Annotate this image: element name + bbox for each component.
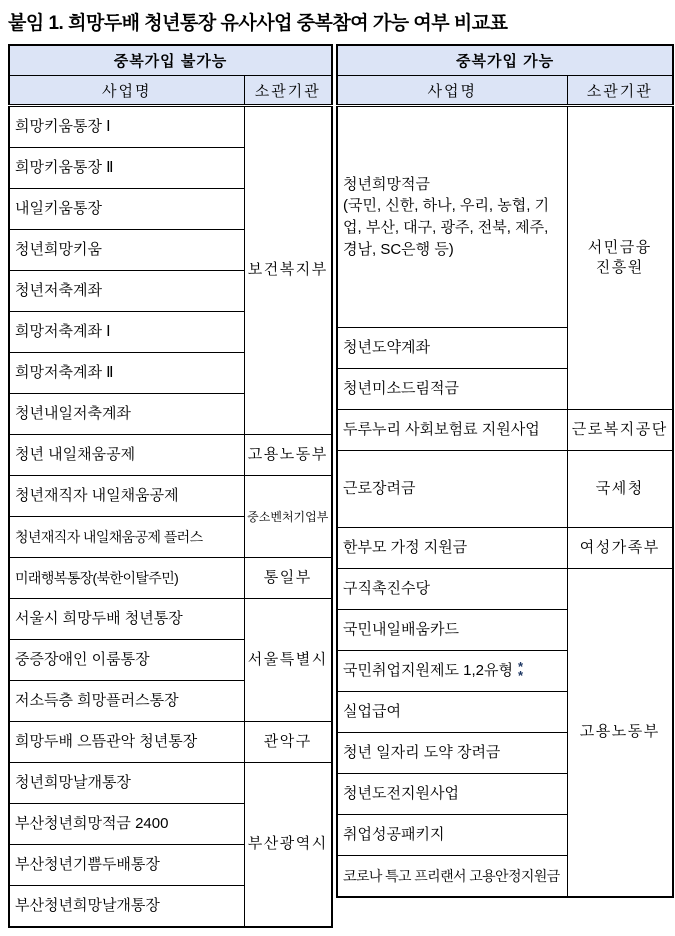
- table-row: 희망키움통장 Ⅰ보건복지부: [9, 106, 332, 148]
- program-cell: 서울시 희망두배 청년통장: [9, 599, 244, 640]
- program-name: 청년재직자 내일채움공제: [15, 487, 179, 504]
- comparison-tables: 중복가입 불가능 사업명 소관기관 희망키움통장 Ⅰ보건복지부희망키움통장 Ⅱ내…: [8, 44, 671, 928]
- program-name: 취업성공패키지: [343, 826, 444, 843]
- program-name: 국민취업지원제도 1,2유형: [343, 662, 513, 679]
- program-cell: 희망저축계좌 Ⅱ: [9, 353, 244, 394]
- agency-name: 서민금융 진흥원: [588, 238, 652, 279]
- agency-name: 서울특별시: [248, 650, 328, 670]
- agency-cell: 중소벤처기업부: [244, 476, 332, 558]
- column-header-agency: 소관기관: [567, 76, 673, 106]
- agency-cell: 고용노동부: [567, 569, 673, 898]
- program-name: 국민내일배움카드: [343, 621, 459, 638]
- program-name: 청년희망날개통장: [15, 774, 131, 791]
- program-cell: 청년재직자 내일채움공제 플러스: [9, 517, 244, 558]
- program-cell: 부산청년희망적금 2400: [9, 804, 244, 845]
- agency-cell: 서민금융 진흥원: [567, 106, 673, 410]
- program-name: 청년재직자 내일채움공제 플러스: [15, 529, 203, 545]
- program-cell: 청년미소드림적금: [337, 369, 567, 410]
- table-row: 청년희망적금 (국민, 신한, 하나, 우리, 농협, 기업, 부산, 대구, …: [337, 106, 673, 328]
- program-cell: 희망키움통장 Ⅰ: [9, 106, 244, 148]
- column-header-program-name: 사업명: [9, 76, 244, 106]
- table-row: 청년희망날개통장부산광역시: [9, 763, 332, 804]
- duplicate-allowed-table: 중복가입 가능 사업명 소관기관 청년희망적금 (국민, 신한, 하나, 우리,…: [336, 44, 674, 898]
- agency-cell: 보건복지부: [244, 106, 332, 435]
- program-name: 청년도약계좌: [343, 339, 430, 356]
- program-name: 코로나 특고 프리랜서 고용안정지원금: [343, 868, 560, 884]
- program-name: 청년희망키움: [15, 241, 102, 258]
- agency-cell: 여성가족부: [567, 528, 673, 569]
- double-asterisk-mark: **: [518, 662, 527, 680]
- program-cell: 희망키움통장 Ⅱ: [9, 148, 244, 189]
- table-row: 청년재직자 내일채움공제중소벤처기업부: [9, 476, 332, 517]
- program-cell: 국민취업지원제도 1,2유형**: [337, 651, 567, 692]
- agency-cell: 서울특별시: [244, 599, 332, 722]
- agency-name: 보건복지부: [248, 260, 328, 280]
- table-row: 청년 내일채움공제고용노동부: [9, 435, 332, 476]
- program-name: 부산청년희망날개통장: [15, 897, 160, 914]
- agency-cell: 통일부: [244, 558, 332, 599]
- program-cell: 실업급여: [337, 692, 567, 733]
- program-cell: 한부모 가정 지원금: [337, 528, 567, 569]
- agency-cell: 고용노동부: [244, 435, 332, 476]
- program-cell: 구직촉진수당: [337, 569, 567, 610]
- table-row: 한부모 가정 지원금여성가족부: [337, 528, 673, 569]
- table-header-duplicate-not-allowed: 중복가입 불가능: [9, 45, 332, 76]
- program-name: 희망저축계좌 Ⅰ: [15, 323, 111, 340]
- table-row: 미래행복통장(북한이탈주민)통일부: [9, 558, 332, 599]
- program-cell: 국민내일배움카드: [337, 610, 567, 651]
- agency-name: 근로복지공단: [572, 420, 668, 440]
- program-name: 서울시 희망두배 청년통장: [15, 610, 183, 627]
- program-name: 청년미소드림적금: [343, 380, 459, 397]
- program-cell: 미래행복통장(북한이탈주민): [9, 558, 244, 599]
- agency-name: 고용노동부: [248, 445, 328, 465]
- program-name: 희망두배 으뜸관악 청년통장: [15, 733, 197, 750]
- program-name: 청년 일자리 도약 장려금: [343, 744, 500, 761]
- table-row: 서울시 희망두배 청년통장서울특별시: [9, 599, 332, 640]
- program-name: 실업급여: [343, 703, 401, 720]
- program-name: 부산청년기쁨두배통장: [15, 856, 160, 873]
- program-cell: 청년내일저축계좌: [9, 394, 244, 435]
- program-cell: 부산청년희망날개통장: [9, 886, 244, 928]
- program-name: 청년 내일채움공제: [15, 446, 135, 463]
- program-cell: 희망저축계좌 Ⅰ: [9, 312, 244, 353]
- program-name: 두루누리 사회보험료 지원사업: [343, 421, 540, 438]
- column-header-program-name: 사업명: [337, 76, 567, 106]
- program-cell: 중증장애인 이룸통장: [9, 640, 244, 681]
- program-name: 구직촉진수당: [343, 580, 430, 597]
- program-cell: 청년 내일채움공제: [9, 435, 244, 476]
- program-name: 저소득층 희망플러스통장: [15, 692, 179, 709]
- program-cell: 청년도전지원사업: [337, 774, 567, 815]
- program-name: 청년도전지원사업: [343, 785, 459, 802]
- program-cell: 청년저축계좌: [9, 271, 244, 312]
- agency-name: 중소벤처기업부: [247, 509, 328, 525]
- program-cell: 취업성공패키지: [337, 815, 567, 856]
- agency-name: 여성가족부: [580, 538, 660, 558]
- agency-name: 관악구: [264, 732, 312, 752]
- agency-cell: 부산광역시: [244, 763, 332, 928]
- program-cell: 청년재직자 내일채움공제: [9, 476, 244, 517]
- program-cell: 청년희망적금 (국민, 신한, 하나, 우리, 농협, 기업, 부산, 대구, …: [337, 106, 567, 328]
- program-cell: 코로나 특고 프리랜서 고용안정지원금: [337, 856, 567, 898]
- agency-name: 고용노동부: [580, 722, 660, 742]
- program-name: 미래행복통장(북한이탈주민): [15, 570, 178, 586]
- program-cell: 청년희망날개통장: [9, 763, 244, 804]
- agency-name: 부산광역시: [248, 834, 328, 854]
- document: 붙임 1. 희망두배 청년통장 유사사업 중복참여 가능 여부 비교표 중복가입…: [0, 0, 675, 936]
- program-cell: 청년도약계좌: [337, 328, 567, 369]
- agency-name: 통일부: [264, 568, 312, 588]
- program-name: 희망저축계좌 Ⅱ: [15, 364, 114, 381]
- program-cell: 희망두배 으뜸관악 청년통장: [9, 722, 244, 763]
- table-row: 근로장려금국세청: [337, 451, 673, 528]
- program-cell: 청년 일자리 도약 장려금: [337, 733, 567, 774]
- program-cell: 내일키움통장: [9, 189, 244, 230]
- program-cell: 부산청년기쁨두배통장: [9, 845, 244, 886]
- table-header-duplicate-allowed: 중복가입 가능: [337, 45, 673, 76]
- program-name: 부산청년희망적금 2400: [15, 815, 168, 832]
- program-name: 내일키움통장: [15, 200, 102, 217]
- agency-cell: 관악구: [244, 722, 332, 763]
- program-cell: 근로장려금: [337, 451, 567, 528]
- table-row: 두루누리 사회보험료 지원사업근로복지공단: [337, 410, 673, 451]
- duplicate-not-allowed-table: 중복가입 불가능 사업명 소관기관 희망키움통장 Ⅰ보건복지부희망키움통장 Ⅱ내…: [8, 44, 333, 928]
- document-title: 붙임 1. 희망두배 청년통장 유사사업 중복참여 가능 여부 비교표: [8, 8, 671, 35]
- program-name: 한부모 가정 지원금: [343, 539, 467, 556]
- table-row: 구직촉진수당고용노동부: [337, 569, 673, 610]
- program-name: 청년희망적금 (국민, 신한, 하나, 우리, 농협, 기업, 부산, 대구, …: [343, 176, 549, 258]
- program-cell: 청년희망키움: [9, 230, 244, 271]
- program-name: 중증장애인 이룸통장: [15, 651, 150, 668]
- agency-cell: 국세청: [567, 451, 673, 528]
- program-name: 희망키움통장 Ⅰ: [15, 118, 111, 135]
- program-name: 청년저축계좌: [15, 282, 102, 299]
- program-name: 희망키움통장 Ⅱ: [15, 159, 114, 176]
- column-header-agency: 소관기관: [244, 76, 332, 106]
- table-row: 희망두배 으뜸관악 청년통장관악구: [9, 722, 332, 763]
- program-name: 근로장려금: [343, 480, 415, 497]
- program-cell: 두루누리 사회보험료 지원사업: [337, 410, 567, 451]
- program-name: 청년내일저축계좌: [15, 405, 131, 422]
- program-cell: 저소득층 희망플러스통장: [9, 681, 244, 722]
- agency-cell: 근로복지공단: [567, 410, 673, 451]
- agency-name: 국세청: [596, 479, 644, 499]
